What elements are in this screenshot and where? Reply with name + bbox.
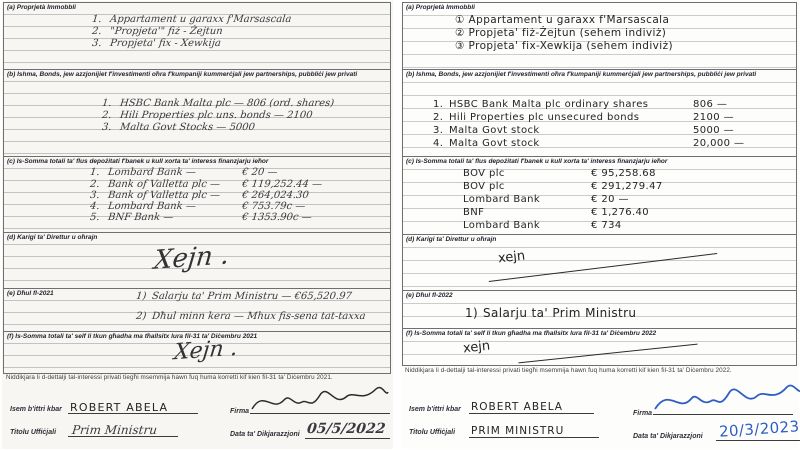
income-item: 1) Salarju ta' Prim Ministru	[465, 306, 636, 320]
property-item: ② Propjeta' fiż-Żejtun (sehem indiviż)	[455, 27, 666, 39]
section-e-right: (e) Dħul fl-2022 1) Salarju ta' Prim Min…	[403, 291, 796, 329]
declaration-form-2022: (a) Proprjetà Immobbli ① Appartament u g…	[401, 1, 799, 449]
section-a-label: (a) Proprjetà Immobbli	[7, 4, 387, 12]
investment-item: 4. Malta Govt stock 20,000 —	[433, 138, 744, 149]
title-value: PRIM MINISTRU	[471, 425, 564, 437]
handwritten-none: Xejn .	[173, 336, 239, 366]
handwritten-none: xejn	[462, 339, 491, 357]
income-item: 1) Salarju ta' Prim Ministru — €65,520.9…	[135, 291, 352, 302]
section-a-label: (a) Proprjetà Immobbli	[406, 4, 793, 12]
name-label: Isem b'ittri kbar	[409, 406, 461, 413]
scanned-declarations-view: (a) Proprjetà Immobbli 1. Appartament u …	[0, 0, 800, 450]
section-c-right: (c) Is-Somma totali ta' flus depożitati …	[403, 157, 796, 235]
investment-item: 2. Hili Properties plc unsecured bonds 2…	[433, 112, 734, 123]
section-b-label: (b) Ishma, Bonds, jew azzjonijiet f'inve…	[7, 71, 387, 79]
bank-item: 5. BNF Bank — € 1353.90c —	[89, 212, 312, 223]
signature-ink-left	[250, 385, 390, 413]
name-value: ROBERT ABELA	[471, 401, 563, 413]
declaration-note: Niddikjara li d-dettalji tal-interessi p…	[6, 374, 390, 381]
title-label: Titolu Uffiċjali	[10, 429, 56, 436]
declaration-form-2021: (a) Proprjetà Immobbli 1. Appartament u …	[2, 1, 393, 449]
bank-item: BNF € 1,276.40	[463, 207, 649, 218]
investment-item: 3. Malta Govt stock 5000 —	[433, 125, 734, 136]
bank-item: Lombard Bank € 20 —	[463, 194, 629, 205]
declaration-note: Niddikjara li d-dettalji tal-interessi p…	[405, 367, 793, 374]
bank-item: 2. Bank of Valletta plc — € 119,252.44 —	[89, 179, 322, 190]
firma-label: Firma	[633, 410, 652, 417]
section-c-left: (c) Is-Somma totali ta' flus depożitati …	[4, 157, 390, 233]
section-d-label: (d) Karigi ta' Direttur u oħrajn	[7, 234, 387, 242]
section-b-label: (b) Ishma, Bonds, jew azzjonijiet f'inve…	[406, 71, 793, 79]
section-d-left: (d) Karigi ta' Direttur u oħrajn Xejn .	[4, 233, 390, 289]
section-b-left: (b) Ishma, Bonds, jew azzjonijiet f'inve…	[4, 70, 390, 157]
strike-line	[518, 344, 697, 364]
bank-item: 4. Lombard Bank — € 753.79c —	[89, 201, 305, 212]
section-e-left: (e) Dħul fl-2021 1) Salarju ta' Prim Min…	[4, 289, 390, 332]
bank-item: BOV plc € 95,258.68	[463, 168, 656, 179]
property-item: ③ Propjeta' fix-Xewkija (sehem indiviż)	[455, 40, 673, 52]
section-d-right: (d) Karigi ta' Direttur u oħrajn xejn	[403, 235, 796, 291]
investment-item: 1. HSBC Bank Malta plc — 806 (ord. share…	[101, 98, 334, 109]
section-f-left: (f) Is-Somma totali ta' self li tkun għa…	[4, 332, 390, 373]
property-item: 2. "Propjeta'" fiż - Żejtun	[91, 26, 223, 37]
title-value: Prim Ministru	[71, 423, 157, 437]
bank-item: 3. Bank of Valletta plc — € 264,024.30	[89, 190, 309, 201]
signature-ink-right	[653, 383, 800, 413]
property-item: ① Appartament u garaxx f'Marsascala	[455, 14, 669, 26]
form-table-left: (a) Proprjetà Immobbli 1. Appartament u …	[3, 2, 391, 374]
title-label: Titolu Uffiċjali	[409, 429, 455, 436]
section-d-label: (d) Karigi ta' Direttur u oħrajn	[406, 236, 793, 244]
handwritten-none: Xejn .	[152, 240, 230, 276]
name-label: Isem b'ittri kbar	[10, 406, 62, 413]
date-label: Data ta' Dikjarazzjoni	[230, 431, 300, 438]
handwritten-none: xejn	[497, 249, 526, 267]
section-a-left: (a) Proprjetà Immobbli 1. Appartament u …	[4, 3, 390, 70]
section-b-right: (b) Ishma, Bonds, jew azzjonijiet f'inve…	[403, 70, 796, 157]
bank-item: BOV plc € 291,279.47	[463, 181, 663, 192]
income-item: 2) Dħul minn kera — Mhux fis-sena tat-ta…	[135, 311, 366, 322]
bank-item: Lombard Bank € 734	[463, 220, 622, 231]
date-value: 05/5/2022	[306, 421, 386, 437]
section-a-right: (a) Proprjetà Immobbli ① Appartament u g…	[403, 3, 796, 70]
section-e-label: (e) Dħul fl-2022	[406, 292, 793, 300]
investment-item: 2. Hili Properties plc uns. bonds — 2100	[101, 110, 313, 121]
section-f-right: (f) Is-Somma totali ta' self li tkun għa…	[403, 329, 796, 365]
bank-item: 1. Lombard Bank — € 20 —	[89, 167, 278, 178]
date-label: Data ta' Dikjarazzjoni	[633, 433, 703, 440]
section-c-label: (c) Is-Somma totali ta' flus depożitati …	[406, 158, 793, 166]
section-f-label: (f) Is-Somma totali ta' self li tkun għa…	[406, 330, 793, 338]
investment-item: 1. HSBC Bank Malta plc ordinary shares 8…	[433, 99, 727, 110]
form-table-right: (a) Proprjetà Immobbli ① Appartament u g…	[402, 2, 797, 366]
date-value: 20/3/2023	[718, 417, 800, 441]
property-item: 1. Appartament u garaxx f'Marsascala	[91, 14, 292, 25]
section-c-label: (c) Is-Somma totali ta' flus depożitati …	[7, 158, 387, 166]
property-item: 3. Propjeta' fix - Xewkija	[91, 38, 221, 49]
investment-item: 3. Malta Govt Stocks — 5000	[101, 122, 255, 133]
firma-label: Firma	[230, 408, 249, 415]
